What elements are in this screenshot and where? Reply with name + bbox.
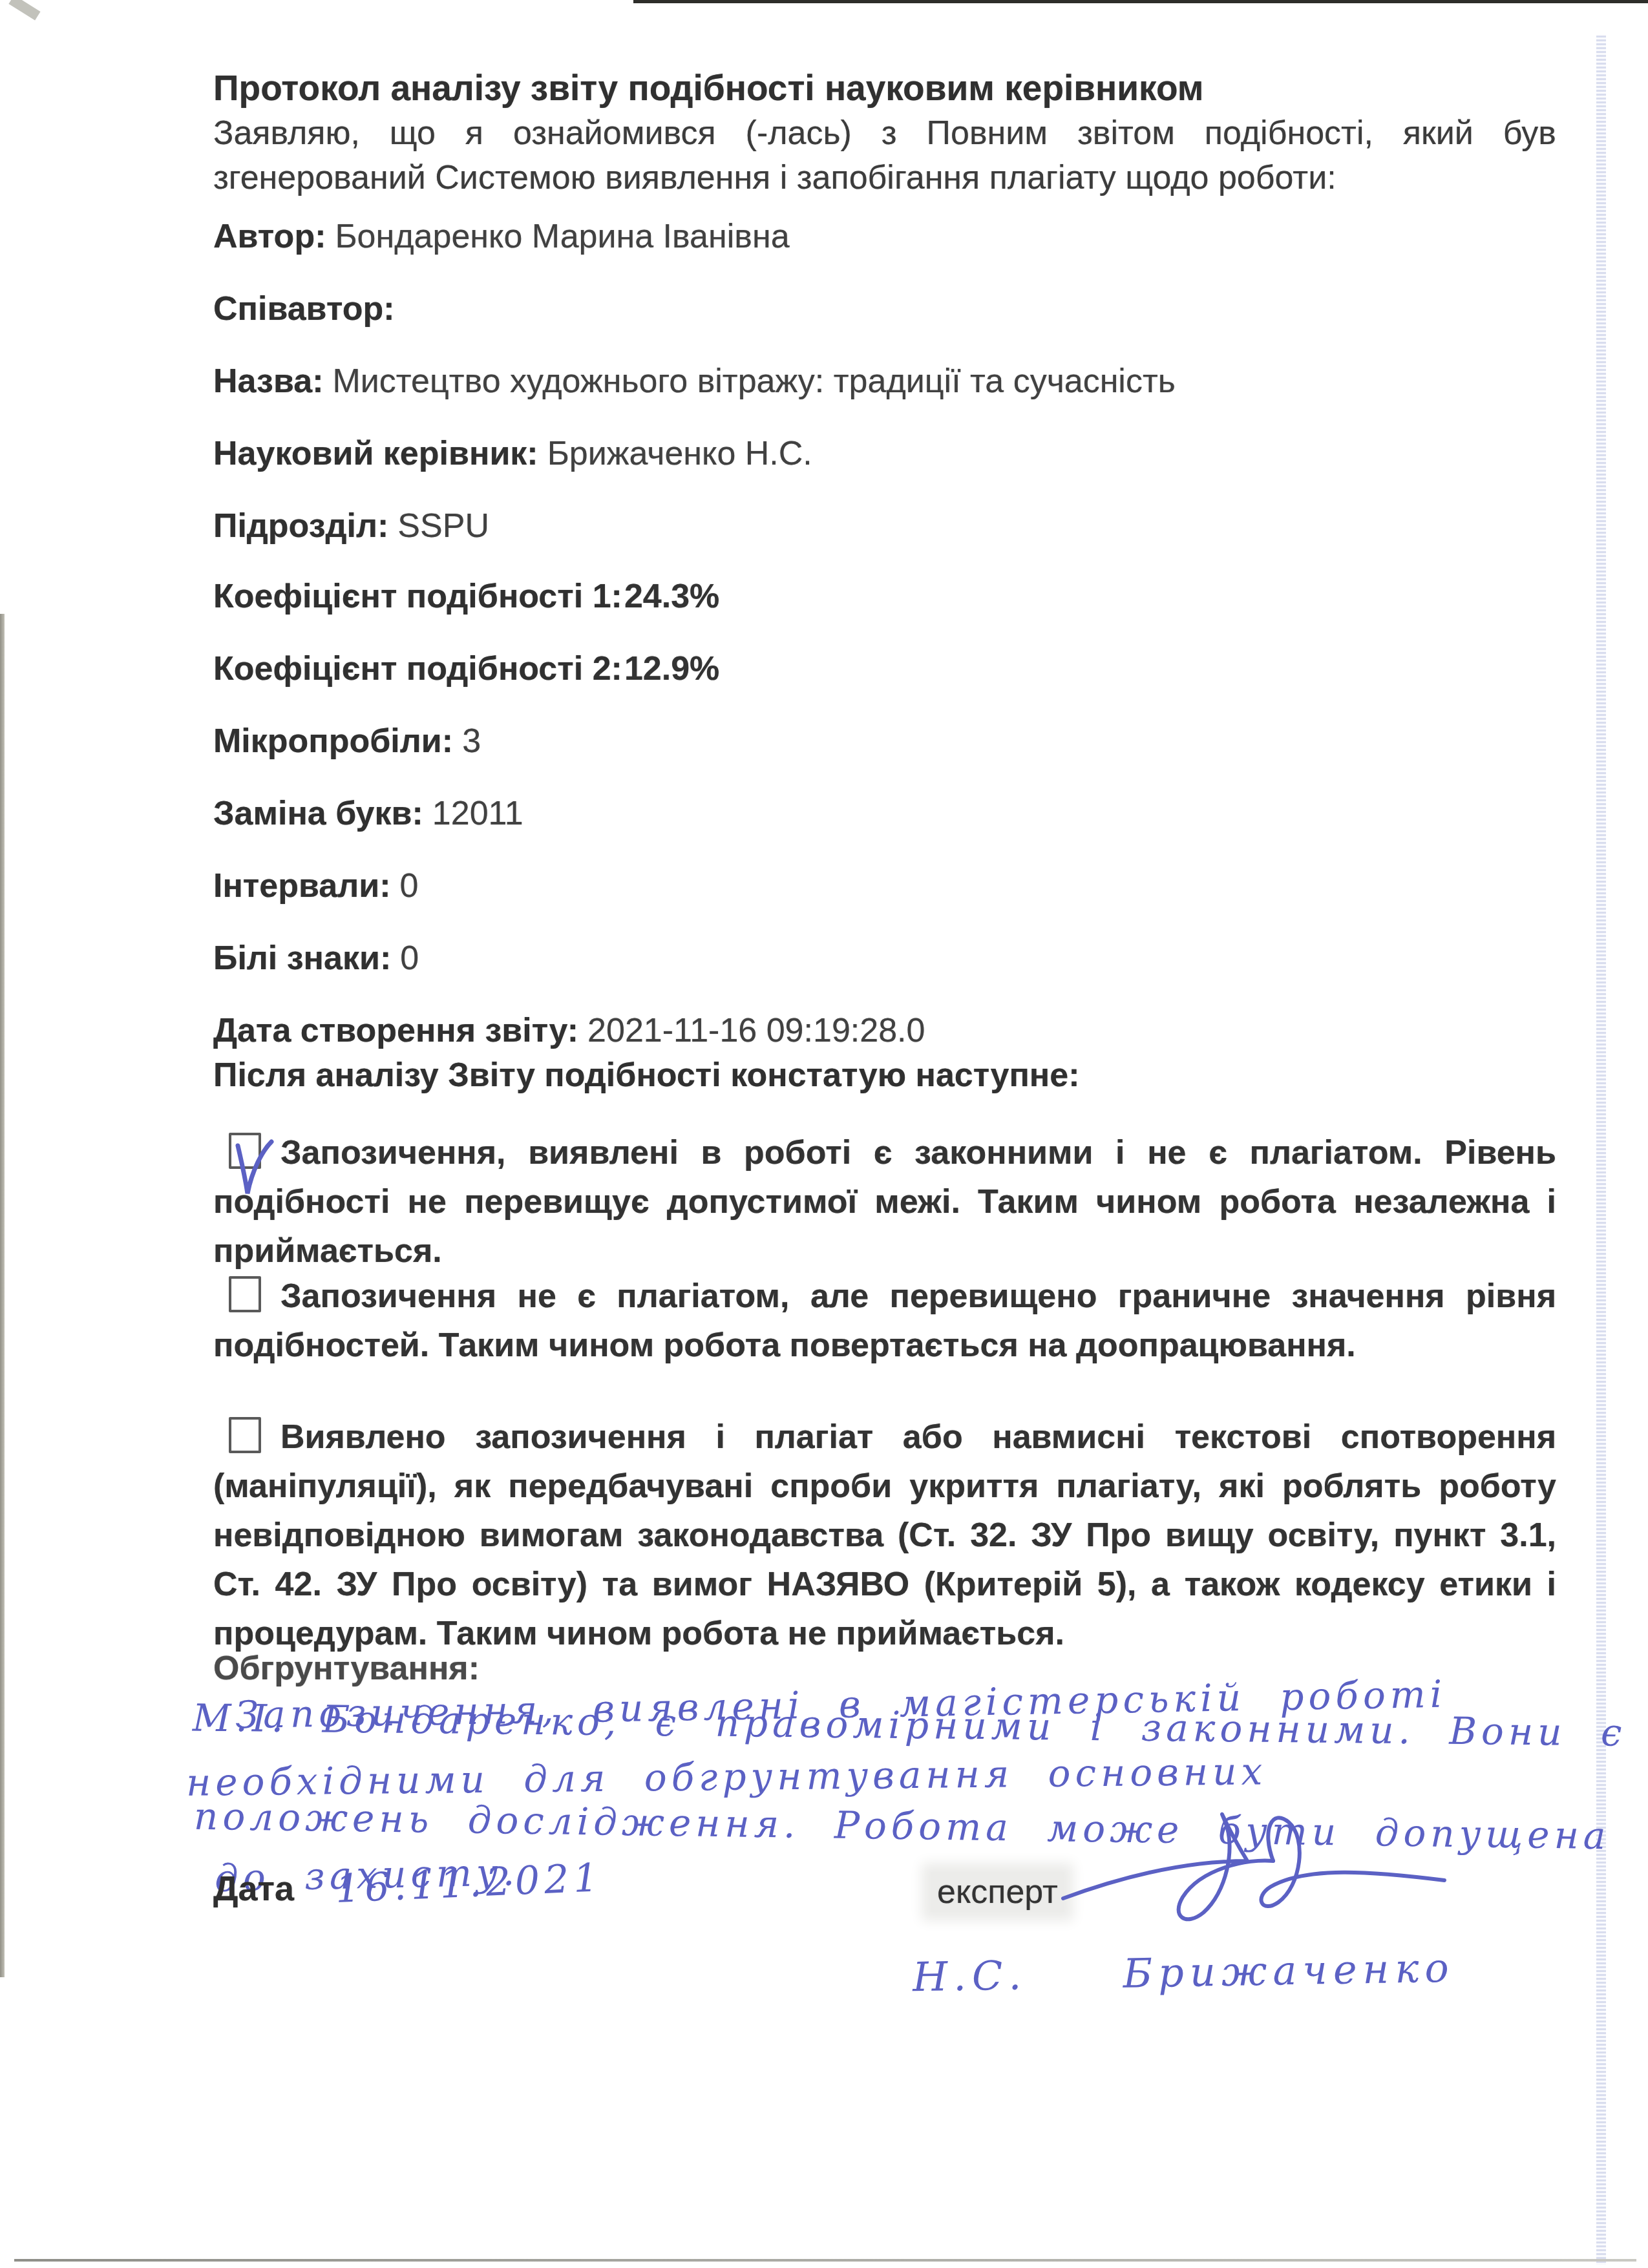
field-intervals: Інтервали:0 xyxy=(213,866,1556,905)
field-white-signs-value: 0 xyxy=(400,940,419,977)
field-coefficient-2-value: 12.9% xyxy=(624,650,719,688)
field-name-value: Мистецтво художнього вітражу: традиції т… xyxy=(332,362,1175,400)
field-author-value: Бондаренко Марина Іванівна xyxy=(335,218,789,255)
checkmark-icon xyxy=(226,1134,277,1205)
field-white-signs-label: Білі знаки: xyxy=(213,940,391,977)
field-supervisor: Науковий керівник:Брижаченко Н.С. xyxy=(213,434,1556,473)
scan-artifact-bottom-edge xyxy=(14,2259,1636,2262)
handwritten-expert-name: Н.С. Брижаченко xyxy=(912,1944,1455,2001)
expert-signature xyxy=(1053,1789,1454,1950)
field-intervals-value: 0 xyxy=(400,867,419,905)
field-letter-substitution: Заміна букв:12011 xyxy=(213,794,1556,833)
field-coefficient-1-value: 24.3% xyxy=(624,578,719,615)
scanned-protocol-page: Протокол аналізу звіту подібності науков… xyxy=(0,0,1648,2268)
field-unit-label: Підрозділ: xyxy=(213,507,388,545)
field-coefficient-1-label: Коефіцієнт подібності 1: xyxy=(213,578,622,615)
date-label: Дата xyxy=(213,1869,294,1908)
scan-artifact-left-edge xyxy=(0,614,5,1977)
option-1: Запозичення, виявлені в роботі є законни… xyxy=(213,1128,1556,1276)
intro-paragraph: Заявляю, що я ознайомився (-лась) з Повн… xyxy=(213,111,1556,200)
option-1-checkbox xyxy=(229,1133,261,1169)
field-microspaces-value: 3 xyxy=(462,722,481,760)
field-name-label: Назва: xyxy=(213,362,323,400)
field-letter-substitution-value: 12011 xyxy=(432,795,523,832)
option-3-text: Виявлено запозичення і плагіат або навми… xyxy=(213,1418,1556,1652)
field-unit: Підрозділ:SSPU xyxy=(213,507,1556,545)
field-white-signs: Білі знаки:0 xyxy=(213,939,1556,978)
scan-artifact-corner-mark xyxy=(8,0,40,21)
field-name: Назва:Мистецтво художнього вітражу: трад… xyxy=(213,362,1556,401)
field-unit-value: SSPU xyxy=(397,507,489,545)
date-row: Дата 16.11.2021 xyxy=(213,1865,603,1910)
field-report-date-label: Дата створення звіту: xyxy=(213,1012,578,1049)
document-title: Протокол аналізу звіту подібності науков… xyxy=(213,67,1556,109)
justification-label: Обгрунтування: xyxy=(213,1650,480,1687)
scan-artifact-top-edge xyxy=(633,0,1648,3)
field-coefficient-2-label: Коефіцієнт подібності 2: xyxy=(213,650,622,688)
field-coefficient-1: Коефіцієнт подібності 1:24.3% xyxy=(213,577,1556,616)
field-report-date: Дата створення звіту:2021-11-16 09:19:28… xyxy=(213,1011,1556,1050)
option-2: Запозичення не є плагіатом, але перевище… xyxy=(213,1272,1556,1370)
option-2-text: Запозичення не є плагіатом, але перевище… xyxy=(213,1277,1556,1364)
expert-label: експерт xyxy=(931,1872,1064,1912)
field-coauthor-label: Співавтор: xyxy=(213,290,395,328)
option-1-text: Запозичення, виявлені в роботі є законни… xyxy=(213,1134,1556,1270)
expert-row: експерт xyxy=(931,1873,1064,1911)
option-3: Виявлено запозичення і плагіат або навми… xyxy=(213,1412,1556,1658)
field-microspaces: Мікропробіли:3 xyxy=(213,722,1556,761)
scan-artifact-right-stripe xyxy=(1596,36,1606,2265)
field-microspaces-label: Мікропробіли: xyxy=(213,722,453,760)
field-author-label: Автор: xyxy=(213,218,326,255)
field-intervals-label: Інтервали: xyxy=(213,867,391,905)
field-coauthor: Співавтор: xyxy=(213,289,1556,328)
option-2-checkbox xyxy=(229,1276,261,1312)
field-report-date-value: 2021-11-16 09:19:28.0 xyxy=(587,1012,925,1049)
field-letter-substitution-label: Заміна букв: xyxy=(213,795,423,832)
statement-intro: Після аналізу Звіту подібності констатую… xyxy=(213,1056,1556,1095)
field-coefficient-2: Коефіцієнт подібності 2:12.9% xyxy=(213,649,1556,688)
field-supervisor-value: Брижаченко Н.С. xyxy=(547,435,812,472)
field-author: Автор:Бондаренко Марина Іванівна xyxy=(213,217,1556,256)
option-3-checkbox xyxy=(229,1417,261,1453)
field-supervisor-label: Науковий керівник: xyxy=(213,435,538,472)
